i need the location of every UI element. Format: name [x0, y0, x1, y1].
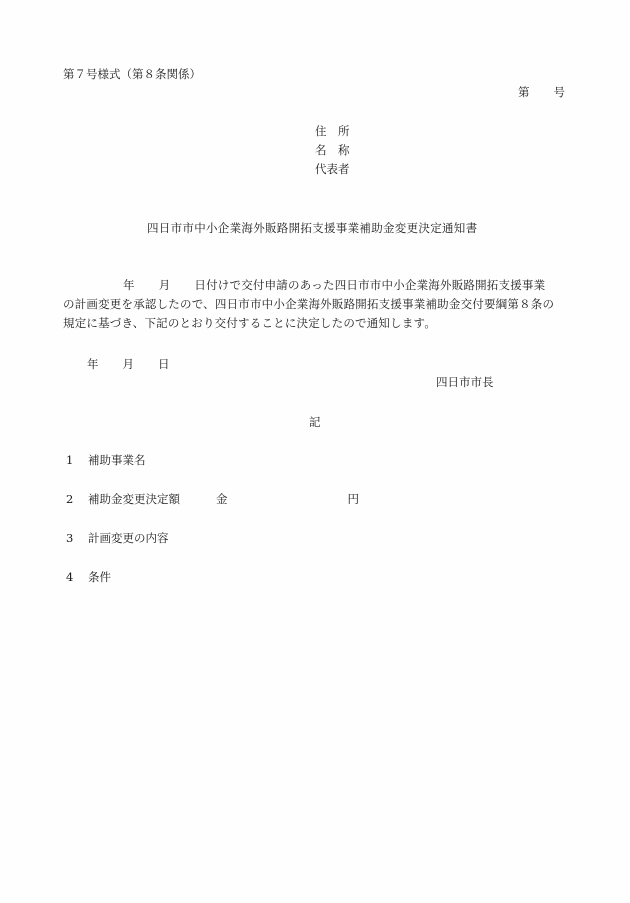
item-number: 2: [66, 492, 88, 506]
item-label: 補助事業名: [88, 453, 146, 467]
item-plan-change-content: 3計画変更の内容: [66, 531, 169, 545]
item-number: 3: [66, 531, 88, 545]
ki-heading: 記: [309, 415, 321, 429]
item-label: 条件: [88, 570, 111, 584]
addressee-representative-label: 代表者: [315, 162, 350, 176]
item-label: 補助金変更決定額: [88, 492, 180, 506]
item-label: 計画変更の内容: [88, 531, 169, 545]
item-conditions: 4条件: [66, 570, 111, 584]
issue-date-year: 年: [87, 357, 99, 371]
signer: 四日市市長: [436, 375, 494, 389]
document-number: 第号: [518, 85, 565, 99]
document-title: 四日市市中小企業海外販路開拓支援事業補助金変更決定通知書: [147, 221, 477, 235]
issue-date-day: 日: [158, 357, 170, 371]
body-line-1: 年月日付けで交付申請のあった四日市市中小企業海外販路開拓支援事業: [63, 278, 545, 292]
document-number-suffix: 号: [554, 85, 566, 99]
addressee-address-label: 住 所: [315, 124, 350, 138]
form-label: 第７号様式（第８条関係）: [63, 67, 201, 81]
body-line-3: 規定に基づき、下記のとおり交付することに決定したので通知します。: [63, 316, 436, 330]
body-line-1-text: 日付けで交付申請のあった四日市市中小企業海外販路開拓支援事業: [194, 278, 545, 292]
document-number-prefix: 第: [518, 85, 530, 99]
amount-suffix: 円: [348, 492, 360, 506]
issue-date-month: 月: [123, 357, 135, 371]
body-year: 年: [123, 278, 135, 292]
item-change-amount: 2補助金変更決定額金円: [66, 492, 359, 506]
addressee-name-label: 名 称: [315, 143, 350, 157]
item-project-name: 1補助事業名: [66, 453, 146, 467]
body-line-2: の計画変更を承認したので、四日市市中小企業海外販路開拓支援事業補助金交付要綱第８…: [63, 297, 554, 311]
amount-prefix: 金: [216, 492, 228, 506]
item-number: 4: [66, 570, 88, 584]
issue-date: 年月日: [87, 357, 170, 371]
body-month: 月: [159, 278, 171, 292]
item-number: 1: [66, 453, 88, 467]
